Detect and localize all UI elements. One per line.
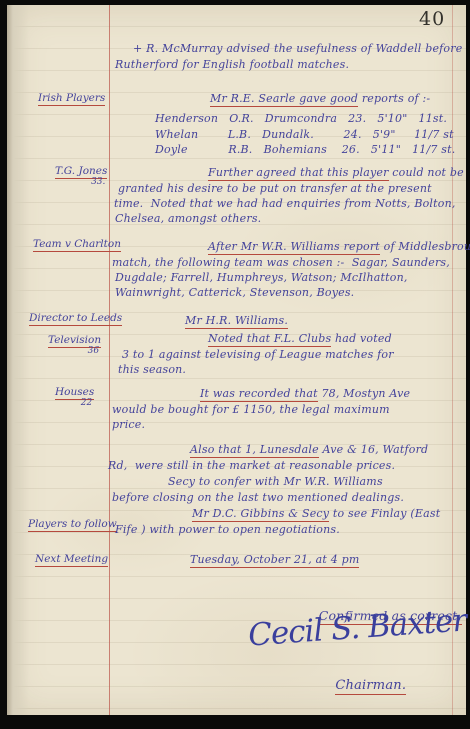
- left-margin-rule: [109, 5, 110, 715]
- body-line: Rd, were still in the market at reasonab…: [108, 459, 395, 472]
- body-line: Mr R.E. Searle gave good reports of :-: [210, 92, 430, 105]
- body-line: 3 to 1 against televising of League matc…: [122, 348, 394, 361]
- margin-note: Players to follow: [28, 518, 117, 530]
- body-line: It was recorded that 78, Mostyn Ave: [200, 387, 410, 400]
- margin-note-label: Director to Leeds: [29, 312, 122, 326]
- body-line: Mr D.C. Gibbins & Secy to see Finlay (Ea…: [192, 507, 440, 520]
- red-underlined-phrase: Mr H.R. Williams.: [185, 314, 288, 329]
- red-underlined-phrase: It was recorded that: [200, 387, 318, 402]
- chairman-title: Chairman.: [318, 663, 406, 708]
- body-line: Chelsea, amongst others.: [115, 212, 261, 225]
- body-line: Doyle R.B. Bohemians 26. 5'11" 11/7 st.: [155, 143, 455, 156]
- body-line: time. Noted that we had had enquiries fr…: [114, 197, 456, 210]
- body-line: Dugdale; Farrell, Humphreys, Watson; McI…: [115, 271, 408, 284]
- margin-note: Irish Players: [38, 92, 105, 104]
- body-line: would be bought for £ 1150, the legal ma…: [112, 403, 390, 416]
- red-underlined-phrase: Further agreed that this player: [208, 166, 389, 181]
- body-line: Tuesday, October 21, at 4 pm: [190, 553, 359, 566]
- red-underlined-phrase: Tuesday, October 21, at 4 pm: [190, 553, 359, 568]
- body-line: match, the following team was chosen :- …: [112, 256, 450, 269]
- body-line: Noted that F.L. Clubs had voted: [208, 332, 392, 345]
- body-line: this season.: [118, 363, 186, 376]
- margin-note: Next Meeting: [35, 553, 108, 565]
- body-line: before closing on the last two mentioned…: [112, 491, 404, 504]
- margin-note: Director to Leeds: [29, 312, 122, 324]
- margin-note: T.G. Jones33.: [55, 165, 107, 187]
- body-line: Wainwright, Catterick, Stevenson, Boyes.: [115, 286, 354, 299]
- body-line: Secy to confer with Mr W.R. Williams: [168, 475, 383, 488]
- margin-note-label: Next Meeting: [35, 553, 108, 567]
- body-line: + R. McMurray advised the usefulness of …: [133, 42, 462, 55]
- body-line: granted his desire to be put on transfer…: [118, 182, 432, 195]
- margin-note-label: Players to follow: [28, 518, 117, 532]
- red-underlined-phrase: Also that 1, Lunesdale: [190, 443, 319, 458]
- margin-note: Team v Charlton: [33, 238, 121, 250]
- body-line: Also that 1, Lunesdale Ave & 16, Watford: [190, 443, 428, 456]
- body-line: After Mr W.R. Williams report of Middles…: [208, 240, 470, 253]
- page-number: 40: [419, 8, 445, 30]
- body-line: Whelan L.B. Dundalk. 24. 5'9" 11/7 st: [155, 128, 454, 141]
- red-underlined-phrase: Noted that F.L. Clubs: [208, 332, 331, 347]
- body-line: Henderson O.R. Drumcondra 23. 5'10" 11st…: [155, 112, 447, 125]
- margin-note: Television36: [48, 334, 101, 356]
- body-line: Rutherford for English football matches.: [115, 58, 349, 71]
- margin-note: Houses22: [55, 386, 94, 408]
- body-line: Further agreed that this player could no…: [208, 166, 464, 179]
- body-line: price.: [112, 418, 145, 431]
- red-underlined-phrase: Mr D.C. Gibbins & Secy: [192, 507, 329, 522]
- red-underlined-phrase: After Mr W.R. Williams report: [208, 240, 380, 255]
- body-line: Mr H.R. Williams.: [185, 314, 288, 327]
- margin-note-label: Team v Charlton: [33, 238, 121, 252]
- body-line: Fife ) with power to open negotiations.: [115, 523, 340, 536]
- minute-book-photo: 40 Irish PlayersT.G. Jones33.Team v Char…: [0, 0, 470, 729]
- red-underlined-phrase: Mr R.E. Searle gave good: [210, 92, 358, 107]
- margin-note-label: Irish Players: [38, 92, 105, 106]
